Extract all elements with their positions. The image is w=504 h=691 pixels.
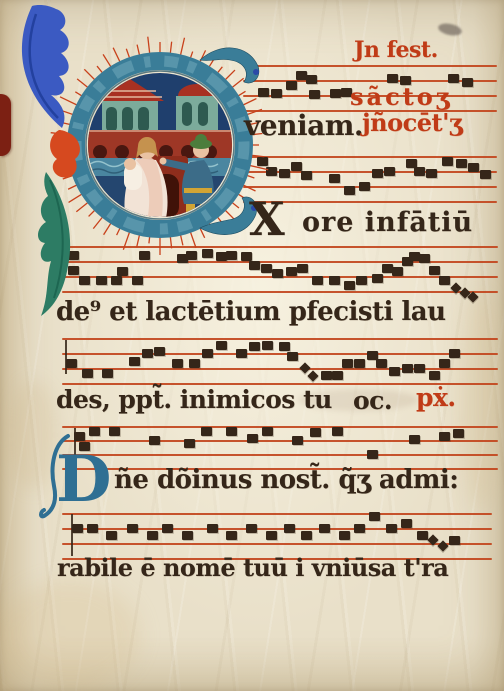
chant-previous-ending: veniam. (244, 112, 363, 140)
neume (129, 357, 140, 366)
neume (330, 89, 341, 98)
neume (102, 369, 113, 378)
neume (186, 251, 197, 260)
neume (96, 276, 107, 285)
neume (376, 359, 387, 368)
psalm-incipit-mark: pẋ. (416, 385, 456, 410)
rubric-feast-line3: jñocēt'ʒ (362, 111, 462, 135)
neume (279, 342, 290, 351)
neume (439, 359, 450, 368)
introit-line3-end: oc. (353, 388, 392, 413)
neume (301, 171, 312, 180)
neume (246, 524, 257, 533)
neume (226, 427, 237, 436)
neume (117, 267, 128, 276)
margin-ornament (2, 2, 94, 318)
neume (321, 371, 332, 380)
neume (262, 341, 273, 350)
neume (354, 359, 365, 368)
neume (292, 436, 303, 445)
neume (297, 264, 308, 273)
rubric-feast-line2: sãctoʒ (350, 85, 452, 109)
neume (329, 276, 340, 285)
neume (310, 428, 321, 437)
manuscript-page: Jn fest. sãctoʒ veniam. jñocēt'ʒ X ore i… (0, 0, 504, 691)
neume (184, 439, 195, 448)
staff-line (62, 454, 498, 456)
neume (226, 251, 237, 260)
neume (106, 531, 117, 540)
neume (417, 531, 428, 540)
neume (202, 349, 213, 358)
staff-line (62, 426, 498, 428)
staff-line (62, 291, 498, 293)
neume (386, 524, 397, 533)
staff-line (62, 338, 498, 340)
neume (139, 251, 150, 260)
neume (419, 254, 430, 263)
neume (312, 276, 323, 285)
neume (389, 367, 400, 376)
neume (449, 349, 460, 358)
neume (149, 436, 160, 445)
neume (402, 364, 413, 373)
neume (449, 536, 460, 545)
neume (456, 159, 467, 168)
neume (307, 370, 318, 381)
neume (241, 252, 252, 261)
neume (66, 359, 77, 368)
neume (319, 524, 330, 533)
neume (286, 267, 297, 276)
neume (392, 267, 403, 276)
neume (216, 341, 227, 350)
red-scroll-curl (50, 130, 80, 178)
parchment-stain (460, 290, 500, 510)
psalm-initial-d: D (56, 448, 111, 512)
staff-line (62, 368, 498, 370)
neume (249, 342, 260, 351)
neume (247, 434, 258, 443)
neume (284, 524, 295, 533)
initial-miniature-scene (88, 73, 232, 220)
neume (182, 531, 193, 540)
neume (266, 167, 277, 176)
psalm-line1: ñe dõinus nost̃. q̃ʒ admi: (114, 467, 458, 493)
staff-line (62, 261, 498, 263)
neume (309, 90, 320, 99)
staff-line (62, 543, 492, 545)
neume (147, 531, 158, 540)
neume (384, 167, 395, 176)
neume (262, 427, 273, 436)
neume (127, 524, 138, 533)
neume (344, 186, 355, 195)
introit-capital-x: X (249, 196, 284, 242)
neume (339, 531, 350, 540)
neume (468, 163, 479, 172)
neume (409, 435, 420, 444)
neume (442, 157, 453, 166)
neume (279, 169, 290, 178)
blue-acanthus-leaf (22, 5, 69, 128)
neume (480, 170, 491, 179)
neume (367, 450, 378, 459)
neume (207, 524, 218, 533)
rubric-feast-line1: Jn fest. (354, 39, 438, 61)
neume (429, 266, 440, 275)
neume (301, 531, 312, 540)
parchment-stain (0, 580, 140, 690)
neume (266, 531, 277, 540)
neume (272, 269, 283, 278)
neume (372, 274, 383, 283)
ink-smudge (437, 22, 463, 38)
neume (162, 524, 173, 533)
neume (439, 432, 450, 441)
neume (426, 169, 437, 178)
neume (72, 524, 83, 533)
neume (82, 369, 93, 378)
neume (369, 512, 380, 521)
neume (142, 349, 153, 358)
neume (329, 174, 340, 183)
neume (462, 78, 473, 87)
neume (172, 359, 183, 368)
neume (287, 352, 298, 361)
neume (249, 261, 260, 270)
neume (414, 167, 425, 176)
staff-line (243, 156, 497, 158)
neume (236, 349, 247, 358)
neume (154, 347, 165, 356)
neume (226, 531, 237, 540)
neume (332, 427, 343, 436)
neume (111, 276, 122, 285)
neume (271, 89, 282, 98)
neume (89, 427, 100, 436)
neume (356, 276, 367, 285)
green-acanthus-leaf (38, 172, 70, 316)
neume (189, 359, 200, 368)
neume (286, 81, 297, 90)
staff-line (243, 186, 497, 188)
neume (87, 524, 98, 533)
introit-line3: des, ppt̃. inimicos tu (56, 387, 332, 412)
neume (354, 524, 365, 533)
neume (439, 276, 450, 285)
neume (414, 364, 425, 373)
staff-line (62, 440, 498, 442)
introit-line1: ore infātiū (302, 209, 473, 236)
introit-line2: de⁹ et lactētium pfecisti lau (56, 299, 446, 325)
neume (429, 371, 440, 380)
neume (401, 519, 412, 528)
psalm-line2: rabile ē nomē tuū i vniūsa t'ra (57, 556, 448, 580)
neume (109, 427, 120, 436)
neume (453, 429, 464, 438)
staff-line (62, 353, 498, 355)
staff-line (243, 65, 497, 67)
staff-line (62, 513, 492, 515)
neume (344, 281, 355, 290)
neume (202, 249, 213, 258)
neume (332, 371, 343, 380)
neume (359, 182, 370, 191)
neume (201, 427, 212, 436)
neume (342, 359, 353, 368)
neume (299, 362, 310, 373)
staff-start-stroke (65, 340, 67, 374)
neume (132, 276, 143, 285)
neume (261, 264, 272, 273)
neume (291, 162, 302, 171)
neume (372, 169, 383, 178)
neume (306, 75, 317, 84)
